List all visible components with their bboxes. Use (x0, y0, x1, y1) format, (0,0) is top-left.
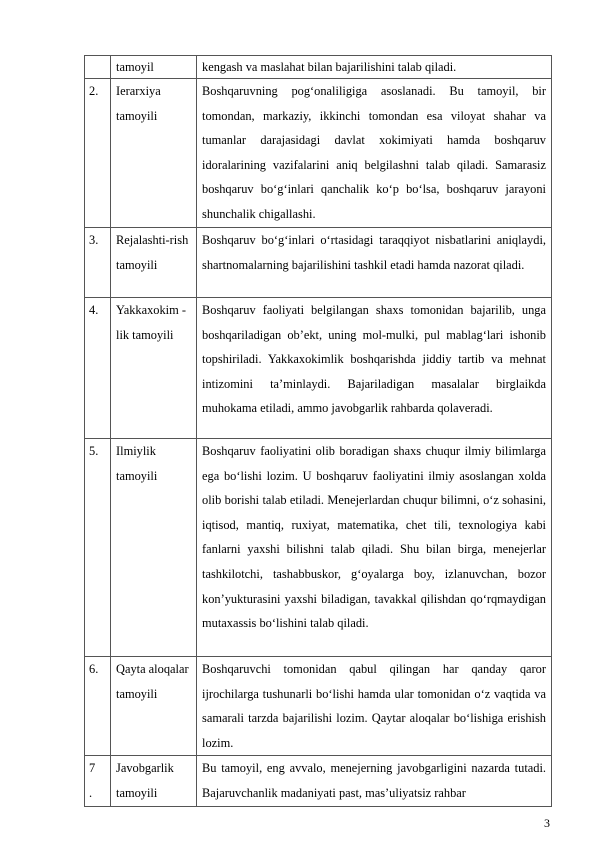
principles-table: tamoyil kengash va maslahat bilan bajari… (84, 55, 552, 807)
row-number: 4. (85, 298, 111, 439)
table-row: 3. Rejalashti-rish tamoyili Boshqaruv bo… (85, 228, 552, 298)
principle-name: tamoyil (111, 56, 197, 79)
table-row: 7 . Javobgarlik tamoyili Bu tamoyil, eng… (85, 756, 552, 806)
table-row: 2. Ierarxiya tamoyili Boshqaruvning pog‘… (85, 79, 552, 228)
principle-name: Yakkaxokim -lik tamoyili (111, 298, 197, 439)
document-page: tamoyil kengash va maslahat bilan bajari… (0, 0, 596, 842)
row-number: 3. (85, 228, 111, 298)
principle-description: Boshqaruv faoliyatini olib boradigan sha… (197, 439, 552, 657)
row-number: 7 . (85, 756, 111, 806)
principle-name: Rejalashti-rish tamoyili (111, 228, 197, 298)
page-number: 3 (544, 816, 550, 831)
table-row: 5. Ilmiylik tamoyili Boshqaruv faoliyati… (85, 439, 552, 657)
row-number (85, 56, 111, 79)
principle-name: Qayta aloqalar tamoyili (111, 657, 197, 756)
row-number: 5. (85, 439, 111, 657)
principle-description: kengash va maslahat bilan bajarilishini … (197, 56, 552, 79)
row-number-line: 7 (89, 756, 110, 781)
principle-description: Boshqaruvning pog‘onaliligiga asoslanadi… (197, 79, 552, 228)
principle-description: Boshqaruv bo‘g‘inlari o‘rtasidagi taraqq… (197, 228, 552, 298)
principle-name: Ilmiylik tamoyili (111, 439, 197, 657)
principle-description: Bu tamoyil, eng avvalo, menejerning javo… (197, 756, 552, 806)
row-number-line: . (89, 781, 110, 806)
table-row: 6. Qayta aloqalar tamoyili Boshqaruvchi … (85, 657, 552, 756)
table-row: 4. Yakkaxokim -lik tamoyili Boshqaruv fa… (85, 298, 552, 439)
row-number: 2. (85, 79, 111, 228)
principle-description: Boshqaruvchi tomonidan qabul qilingan ha… (197, 657, 552, 756)
principle-description: Boshqaruv faoliyati belgilangan shaxs to… (197, 298, 552, 439)
row-number: 6. (85, 657, 111, 756)
table-row: tamoyil kengash va maslahat bilan bajari… (85, 56, 552, 79)
principle-name: Ierarxiya tamoyili (111, 79, 197, 228)
principle-name: Javobgarlik tamoyili (111, 756, 197, 806)
